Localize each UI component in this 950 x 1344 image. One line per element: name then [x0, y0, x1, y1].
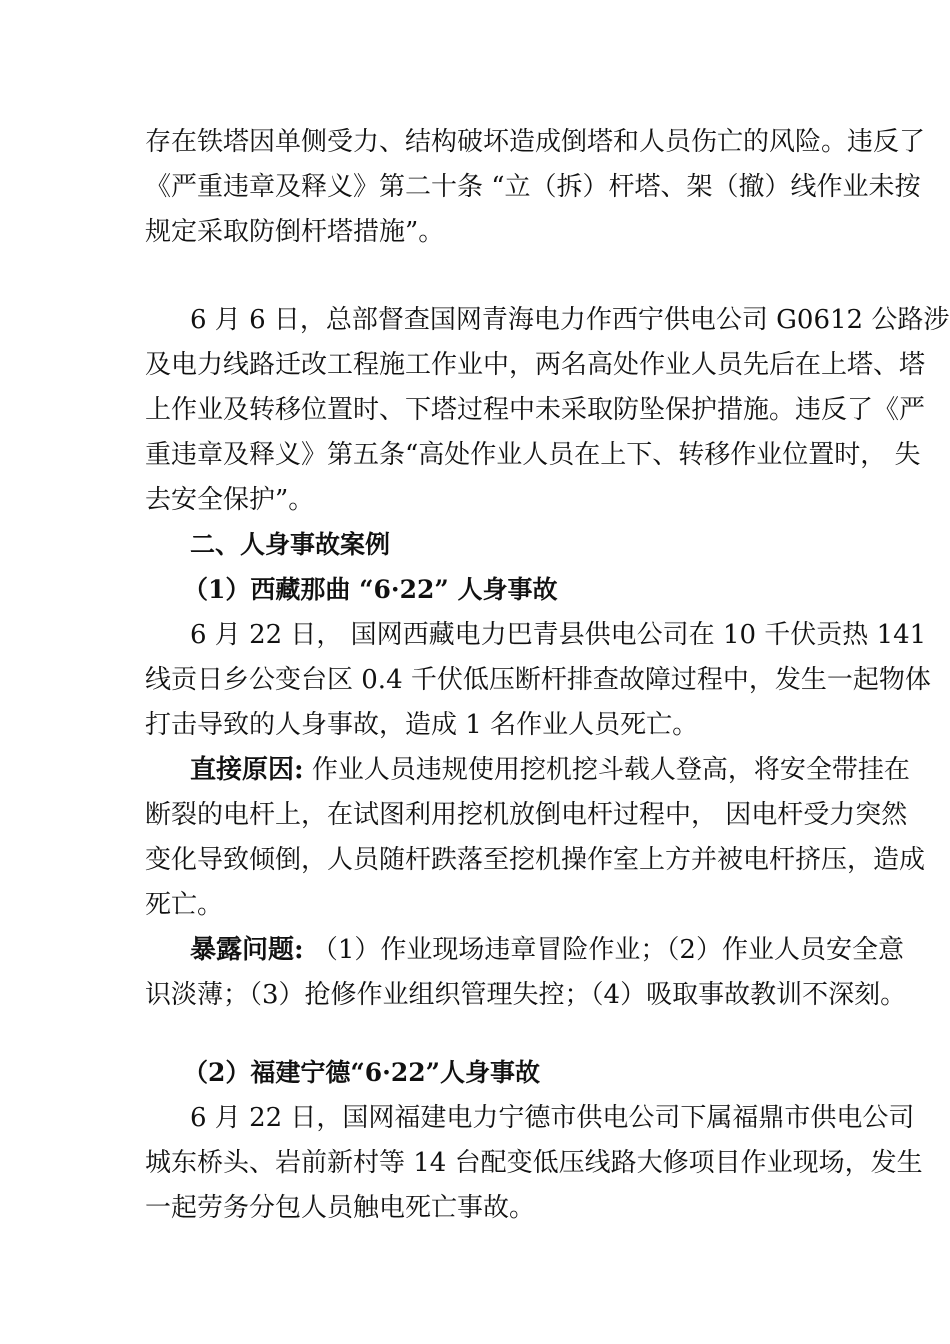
para1-line: 存在铁塔因单侧受力、结构破坏造成倒塔和人员伤亡的风险。违反了	[145, 127, 810, 157]
case1-cause-line: 死亡。	[145, 890, 810, 920]
cause-label: 直接原因:	[190, 755, 304, 785]
para2-line: 及电力线路迁改工程施工作业中，两名高处作业人员先后在上塔、塔	[145, 350, 810, 380]
case1-intro-line: 打击导致的人身事故，造成 1 名作业人员死亡。	[145, 710, 810, 740]
case1-issues-line: 暴露问题: （1）作业现场违章冒险作业；（2）作业人员安全意	[190, 935, 810, 965]
case2-title: （2）福建宁德“6·22”人身事故	[183, 1058, 848, 1088]
para2-line: 上作业及转移位置时、下塔过程中未采取防坠保护措施。违反了《严	[145, 395, 810, 425]
section-heading: 二、人身事故案例	[190, 530, 810, 560]
para1-line: 《严重违章及释义》第二十条 “立（拆）杆塔、架（撤）线作业未按	[145, 172, 810, 202]
document-page: 存在铁塔因单侧受力、结构破坏造成倒塔和人员伤亡的风险。违反了 《严重违章及释义》…	[0, 0, 950, 1344]
case1-cause-line: 断裂的电杆上，在试图利用挖机放倒电杆过程中， 因电杆受力突然	[145, 800, 810, 830]
case2-intro-line: 一起劳务分包人员触电死亡事故。	[145, 1193, 810, 1223]
issues-label: 暴露问题:	[190, 935, 304, 965]
para2-line: 重违章及释义》第五条“高处作业人员在上下、转移作业位置时， 失	[145, 440, 810, 470]
case2-intro-line: 城东桥头、岩前新村等 14 台配变低压线路大修项目作业现场，发生	[145, 1148, 810, 1178]
case1-cause-line: 变化导致倾倒，人员随杆跌落至挖机操作室上方并被电杆挤压，造成	[145, 845, 810, 875]
case2-intro-line: 6 月 22 日，国网福建电力宁德市供电公司下属福鼎市供电公司	[190, 1103, 810, 1133]
issues-text: （1）作业现场违章冒险作业；（2）作业人员安全意	[304, 935, 904, 965]
case1-intro-line: 线贡日乡公变台区 0.4 千伏低压断杆排查故障过程中，发生一起物体	[145, 665, 810, 695]
case1-title: （1）西藏那曲 “6·22” 人身事故	[183, 575, 848, 605]
cause-text: 作业人员违规使用挖机挖斗载人登高，将安全带挂在	[304, 755, 910, 785]
para1-line: 规定采取防倒杆塔措施”。	[145, 217, 810, 247]
case1-issues-line: 识淡薄；（3）抢修作业组织管理失控；（4）吸取事故教训不深刻。	[145, 980, 810, 1010]
para2-line: 6 月 6 日，总部督查国网青海电力作西宁供电公司 G0612 公路涉	[190, 305, 810, 335]
case1-intro-line: 6 月 22 日， 国网西藏电力巴青县供电公司在 10 千伏贡热 141	[190, 620, 810, 650]
case1-cause-line: 直接原因: 作业人员违规使用挖机挖斗载人登高，将安全带挂在	[190, 755, 810, 785]
para2-line: 去安全保护”。	[145, 485, 810, 515]
